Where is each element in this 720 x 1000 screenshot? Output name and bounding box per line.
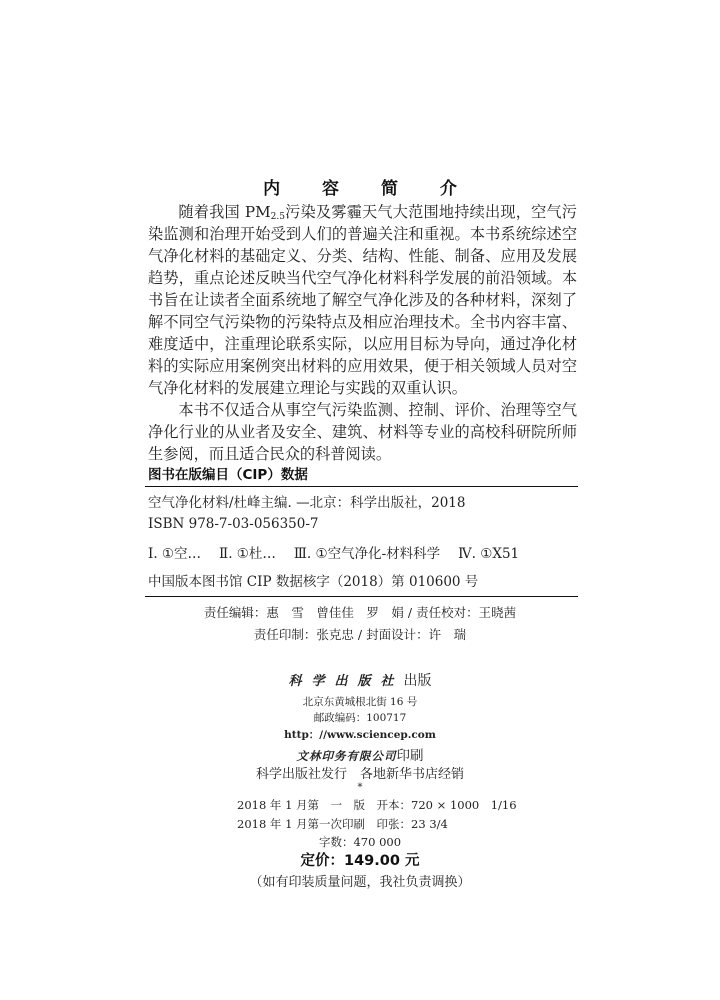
page-title: 内 容 简 介 <box>0 174 720 199</box>
abstract-paragraph-2: 本书不仅适合从事空气污染监测、控制、评价、治理等空气净化行业的从业者及安全、建筑… <box>148 399 577 465</box>
publisher-suffix: 出版 <box>404 673 432 689</box>
publisher-line: 科学出版社出版 <box>0 670 720 690</box>
classification-2: Ⅱ. ①杜… <box>219 546 276 562</box>
printer-logo-text: 文林印务有限公司 <box>297 749 397 763</box>
printing-line: 2018 年 1 月第一次印刷 印张：23 3/4 <box>237 816 448 832</box>
distribution-line: 科学出版社发行 各地新华书店经销 <box>0 763 720 782</box>
printer-suffix: 印刷 <box>397 748 424 764</box>
isbn: ISBN 978-7-03-056350-7 <box>148 516 319 532</box>
edition-line: 2018 年 1 月第 一 版 开本：720 × 1000 1/16 <box>237 797 517 813</box>
postcode: 邮政编码：100717 <box>0 710 720 725</box>
production-credits: 责任印制：张克忠 / 封面设计：许 瑞 <box>0 625 720 643</box>
classification-line: Ⅰ. ①空…Ⅱ. ①杜…Ⅲ. ①空气净化-材料科学Ⅳ. ①X51 <box>148 542 537 562</box>
asterisk-separator: * <box>0 782 720 793</box>
price: 定价：149.00 元 <box>0 849 720 870</box>
word-count: 字数：470 000 <box>0 834 720 850</box>
publisher-logo-text: 科学出版社 <box>288 674 403 689</box>
cip-title-line: 空气净化材料/杜峰主编. —北京：科学出版社，2018 <box>148 491 466 511</box>
abstract: 随着我国 PM2.5污染及雾霾天气大范围地持续出现，空气污染监测和治理开始受到人… <box>148 201 577 465</box>
publisher-website: http：//www.sciencep.com <box>0 727 720 742</box>
publisher-address: 北京东黄城根北街 16 号 <box>0 694 720 709</box>
cip-heading: 图书在版编目（CIP）数据 <box>148 463 308 483</box>
printer-line: 文林印务有限公司印刷 <box>0 744 720 764</box>
classification-1: Ⅰ. ①空… <box>148 546 201 562</box>
pm-subscript: 2.5 <box>271 212 285 222</box>
abstract-p1-prefix: 随着我国 PM <box>178 203 270 221</box>
quality-notice: （如有印装质量问题，我社负责调换） <box>0 871 720 890</box>
classification-4: Ⅳ. ①X51 <box>458 546 519 562</box>
cip-top-divider <box>145 486 578 487</box>
classification-3: Ⅲ. ①空气净化-材料科学 <box>294 546 440 562</box>
editor-credits: 责任编辑：惠 雪 曾佳佳 罗 娟 / 责任校对：王晓茜 <box>0 603 720 621</box>
cip-bottom-divider <box>145 596 578 597</box>
abstract-p1-body: 污染及雾霾天气大范围地持续出现，空气污染监测和治理开始受到人们的普遍关注和重视。… <box>148 203 577 397</box>
abstract-paragraph-1: 随着我国 PM2.5污染及雾霾天气大范围地持续出现，空气污染监测和治理开始受到人… <box>148 201 577 399</box>
cip-number: 中国版本图书馆 CIP 数据核字（2018）第 010600 号 <box>148 570 478 590</box>
